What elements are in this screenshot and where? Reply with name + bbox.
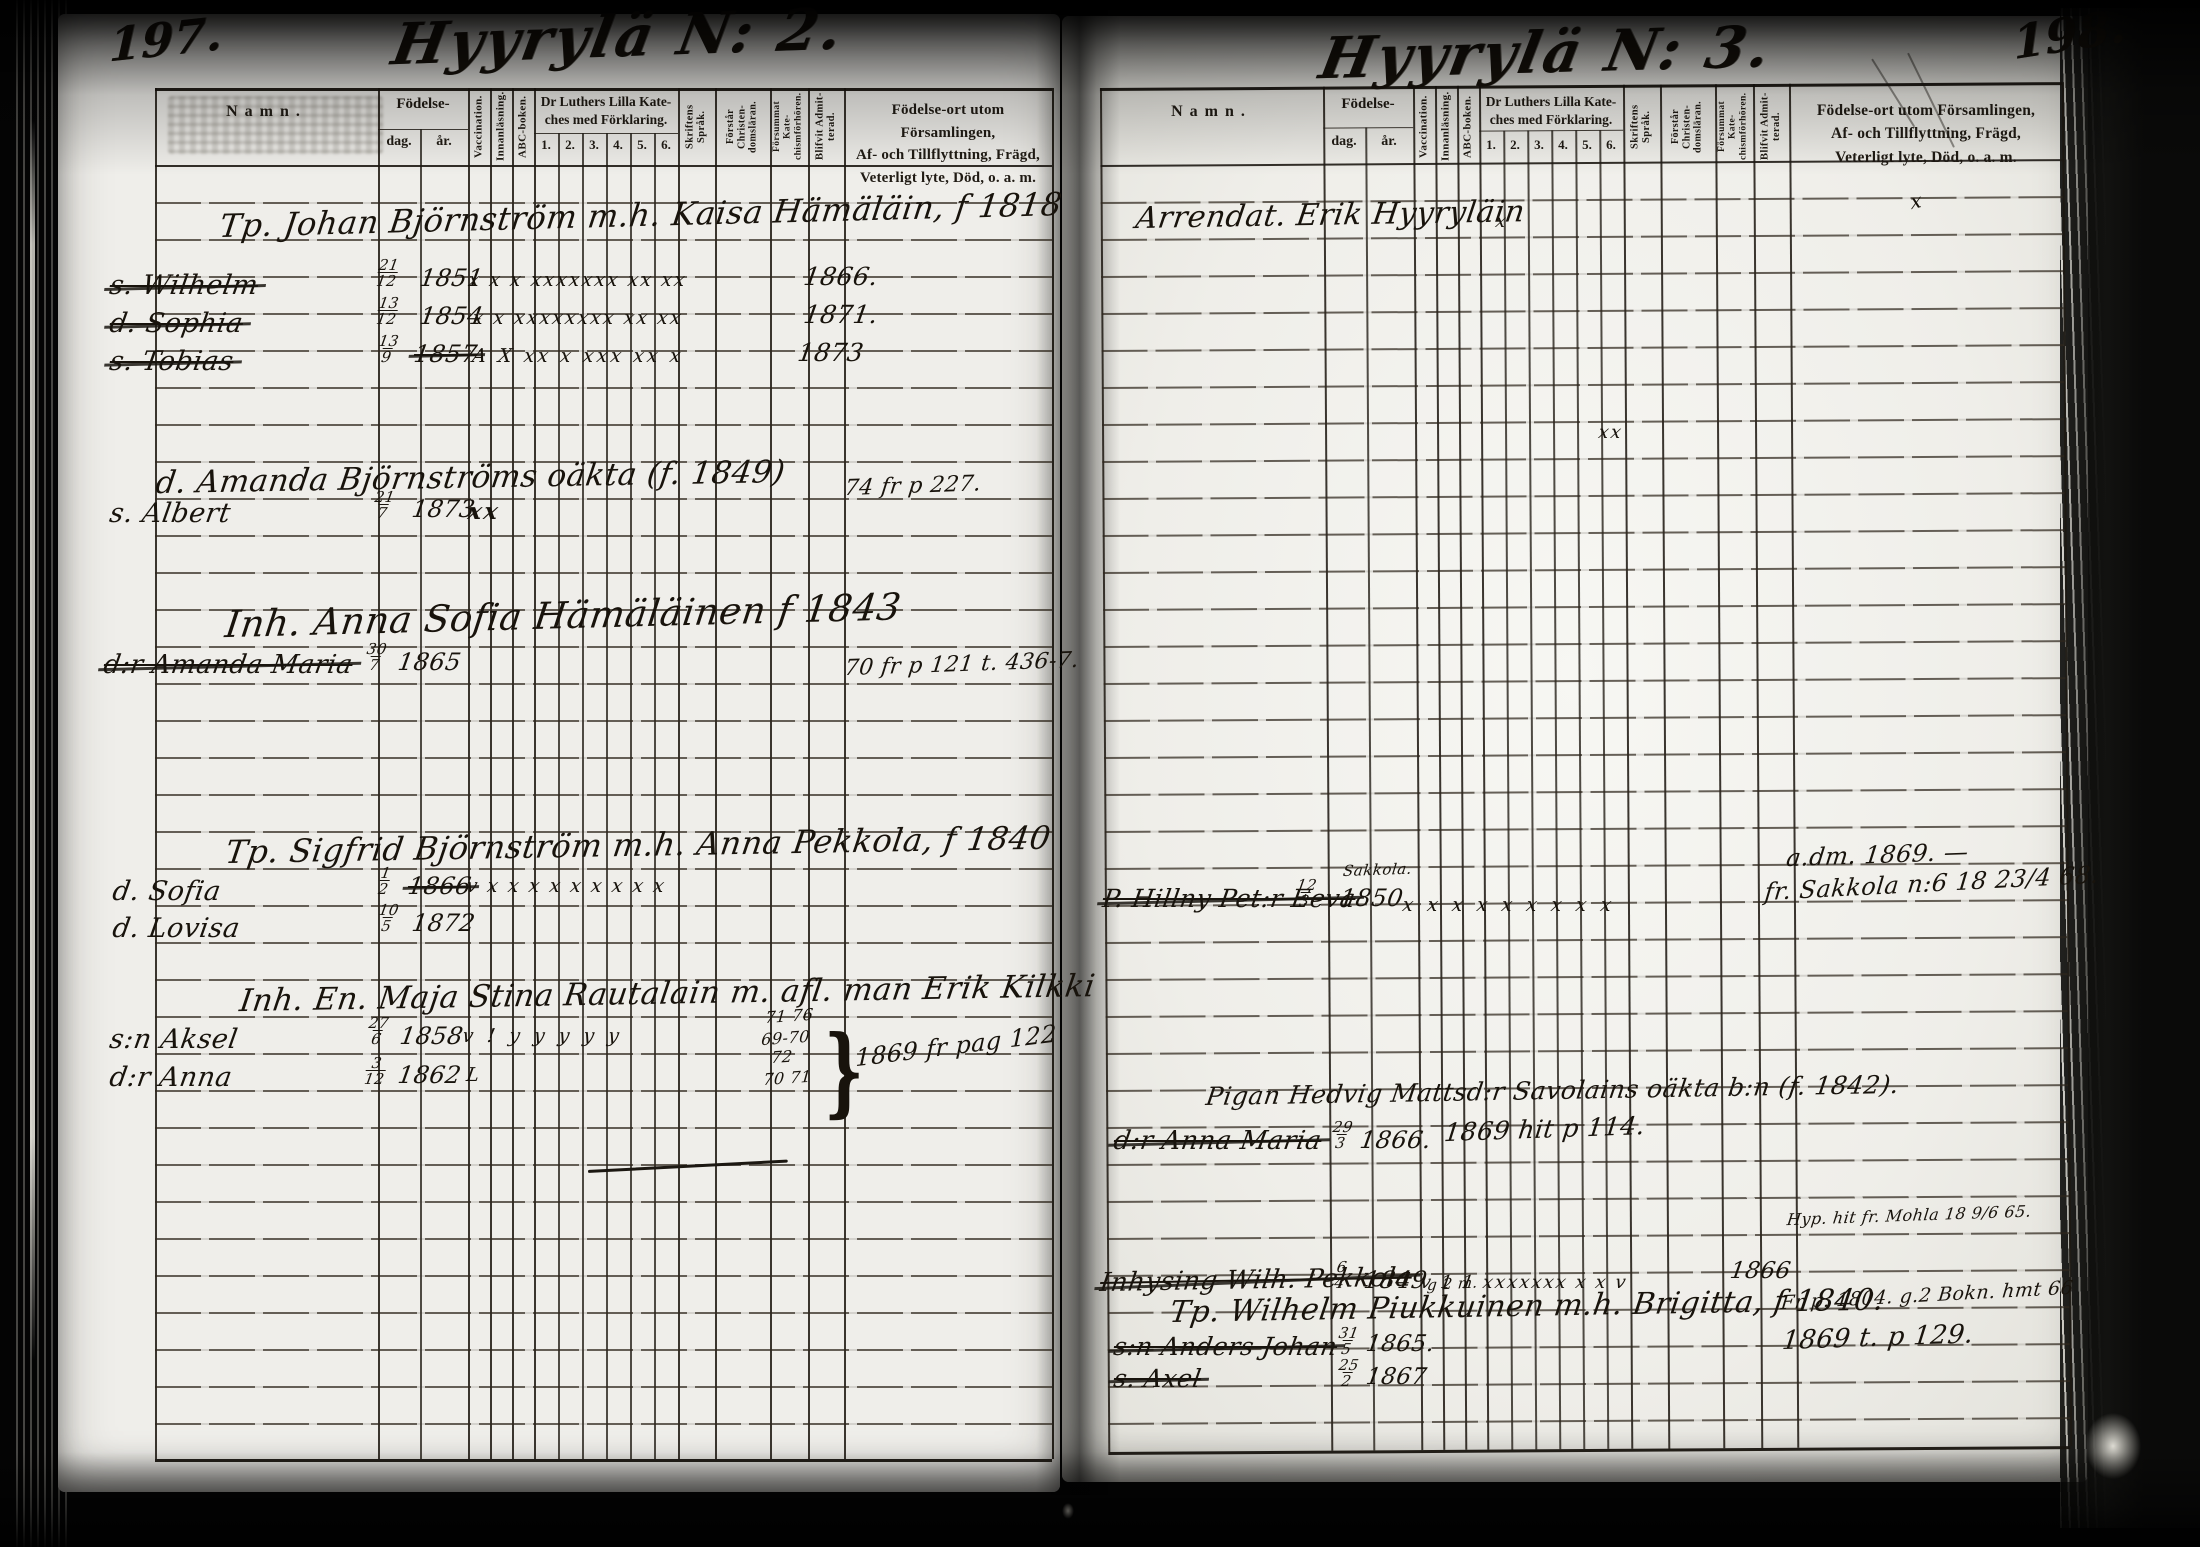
fodelseort-line1: Födelse-ort utom Församlingen, <box>1793 99 2059 122</box>
col-header-ar: år. <box>420 134 468 150</box>
fodelseort-line1: Födelse-ort utom Församlingen, <box>848 99 1048 144</box>
margin-mark: x <box>1910 190 1923 213</box>
admitted-year: 1866. <box>802 264 880 289</box>
num-1: 1. <box>1479 137 1503 153</box>
left-page-title: Hyyrylä N: 2. <box>388 0 849 73</box>
entry-albert: s. Albert <box>108 500 233 527</box>
margin-note: g 2 m. <box>1426 1275 1478 1293</box>
margin-note: 1869 hit p 114. <box>1443 1113 1647 1145</box>
birth-year: 1857 <box>412 342 479 366</box>
brace-mark: } <box>824 1024 864 1120</box>
birth-year: 1867 <box>1364 1366 1428 1389</box>
luthers-line1: Dr Luthers Lilla Kate- <box>536 93 676 111</box>
col-header-forsummat: Försummat Kate- chismförhören. <box>769 89 807 164</box>
margin-note: 72 <box>771 1049 794 1067</box>
col-header-skriftens-sprak: Skriftens Språk. <box>1623 89 1659 164</box>
num-6: 6. <box>654 137 678 153</box>
col-header-luthers: Dr Luthers Lilla Kate- ches med Förklari… <box>1481 93 1621 128</box>
entry-sophia: d. Sophia <box>108 310 245 337</box>
col-header-abc-boken: ABC-boken. <box>1456 89 1479 164</box>
exam-marks: xx <box>466 500 501 523</box>
exam-marks: v ! y y y y y <box>461 1027 624 1046</box>
exam-marks: xx <box>1597 424 1624 442</box>
scan-speck <box>1062 1503 1074 1519</box>
birth-year: 1865. <box>1364 1333 1436 1356</box>
num-3: 3. <box>1527 137 1551 153</box>
num-3: 3. <box>582 137 606 153</box>
entry-lovisa: d. Lovisa <box>111 915 242 942</box>
birth-year: 1865 <box>396 650 463 674</box>
left-page-number: 197. <box>108 10 223 68</box>
entry-struck-eeva: P. Hillny Pet:r Eeva <box>1101 886 1358 911</box>
margin-note: 69-70 <box>761 1029 811 1049</box>
exam-marks: v x x x x x x x x x <box>465 877 668 896</box>
birth-year: 1872 <box>410 911 477 935</box>
entry-anders-johan: s:n Anders Johan <box>1112 1334 1339 1359</box>
margin-note: 1869 t. p 129. <box>1781 1321 1975 1354</box>
col-header-blifvit-admitterad: Blifvit Admit- terad. <box>1754 89 1788 164</box>
col-header-forstar: Förstår Christen- domsläran. <box>1661 89 1713 164</box>
luthers-line2: ches med Förklaring. <box>536 111 676 129</box>
fodelseort-line3: Veterligt lyte, Död, o. a. m. <box>1793 146 2059 169</box>
col-header-ar: år. <box>1365 134 1413 150</box>
col-header-forstar: Förstår Christen- domsläran. <box>716 89 768 164</box>
right-page <box>1062 16 2088 1482</box>
book-right-edge <box>2060 8 2200 1528</box>
entry-anna-maria: d:r Anna Maria <box>1112 1128 1324 1154</box>
col-header-abc-boken: ABC-boken. <box>511 89 534 164</box>
birth-year: 1858 <box>398 1024 465 1048</box>
exam-marks: x x xxxxxxxx xx xx <box>471 309 684 328</box>
admitted-year: 1871. <box>802 302 880 327</box>
birth-year: 1866 <box>406 874 473 898</box>
num-6: 6. <box>1599 137 1623 153</box>
col-header-fodelse: Födelse- <box>1323 96 1413 113</box>
fodelseort-line2: Af- och Tillflyttning, Frägd, <box>1793 122 2059 145</box>
num-4: 4. <box>606 137 630 153</box>
admitted-year: 1866 <box>1728 1260 1792 1283</box>
margin-note: 70 71 <box>763 1069 813 1089</box>
entry-wilhelm: s. Wilhelm <box>108 272 260 299</box>
margin-note: 71 76 <box>765 1007 815 1027</box>
col-header-innanlasning: Innanläsning. <box>1434 89 1457 164</box>
col-header-fodelse: Födelse- <box>378 96 468 113</box>
entry-axel: s. Axel <box>1112 1366 1203 1391</box>
entry-arrendator-erik: Arrendat. Erik Hyyryläin <box>1134 197 1527 234</box>
col-header-fodelseort: Födelse-ort utom Församlingen, Af- och T… <box>1793 99 2059 169</box>
num-5: 5. <box>630 137 654 153</box>
col-header-innanlasning: Innanläsning. <box>489 89 512 164</box>
scanned-parish-ledger-photo: Namn. Födelse- dag. år. Vaccination. Inn… <box>0 0 2200 1547</box>
entry-amanda-maria: d:r Amanda Maria <box>102 652 355 678</box>
entry-tobias: s. Tobias <box>108 348 236 375</box>
col-header-blifvit-admitterad: Blifvit Admit- terad. <box>809 89 843 164</box>
entry-sofia: d. Sofia <box>111 878 223 905</box>
margin-note: a.dm. 1869. — <box>1785 840 1970 870</box>
exam-marks: A X xx x xxx xx x <box>471 347 685 366</box>
luthers-line2: ches med Förklaring. <box>1481 111 1621 129</box>
col-header-luthers: Dr Luthers Lilla Kate- ches med Förklari… <box>536 93 676 128</box>
col-header-vaccination: Vaccination. <box>1412 89 1435 164</box>
num-2: 2. <box>558 137 582 153</box>
birthplace-note: Sakkola. <box>1342 862 1413 879</box>
num-5: 5. <box>1575 137 1599 153</box>
col-header-namn: Namn. <box>155 103 378 121</box>
margin-note: 74 fr p 227. <box>843 473 982 500</box>
col-header-namn: Namn. <box>1100 103 1323 121</box>
exam-marks: x x x xxxxxxx xx xx <box>467 271 688 290</box>
num-4: 4. <box>1551 137 1575 153</box>
fodelseort-line2: Af- och Tillflyttning, Frägd, <box>848 144 1048 167</box>
col-header-dag: dag. <box>1323 134 1365 150</box>
col-header-dag: dag. <box>378 134 420 150</box>
luthers-line1: Dr Luthers Lilla Kate- <box>1481 93 1621 111</box>
admitted-year: 1873 <box>796 340 866 365</box>
birth-year: 1866. <box>1358 1128 1433 1152</box>
birth-year: 1862 <box>396 1063 463 1087</box>
birth-year: 1850 <box>1338 886 1405 910</box>
col-header-luthers-numbers: 1. 2. 3. 4. 5. 6. <box>1479 137 1623 153</box>
col-header-forsummat: Försummat Kate- chismförhören. <box>1714 89 1752 164</box>
col-header-fodelseort: Födelse-ort utom Församlingen, Af- och T… <box>848 99 1048 189</box>
entry-anna: d:r Anna <box>108 1064 235 1091</box>
page-edge-highlight <box>30 120 35 1360</box>
entry-aksel: s:n Aksel <box>108 1026 240 1053</box>
col-header-vaccination: Vaccination. <box>467 89 490 164</box>
num-2: 2. <box>1503 137 1527 153</box>
num-1: 1. <box>534 137 558 153</box>
col-header-skriftens-sprak: Skriftens Språk. <box>678 89 714 164</box>
col-header-luthers-numbers: 1. 2. 3. 4. 5. 6. <box>534 137 678 153</box>
exam-marks: x x x x x x x x x <box>1401 896 1617 915</box>
right-page-title: Hyyrylä N: 3. <box>1315 18 1777 87</box>
